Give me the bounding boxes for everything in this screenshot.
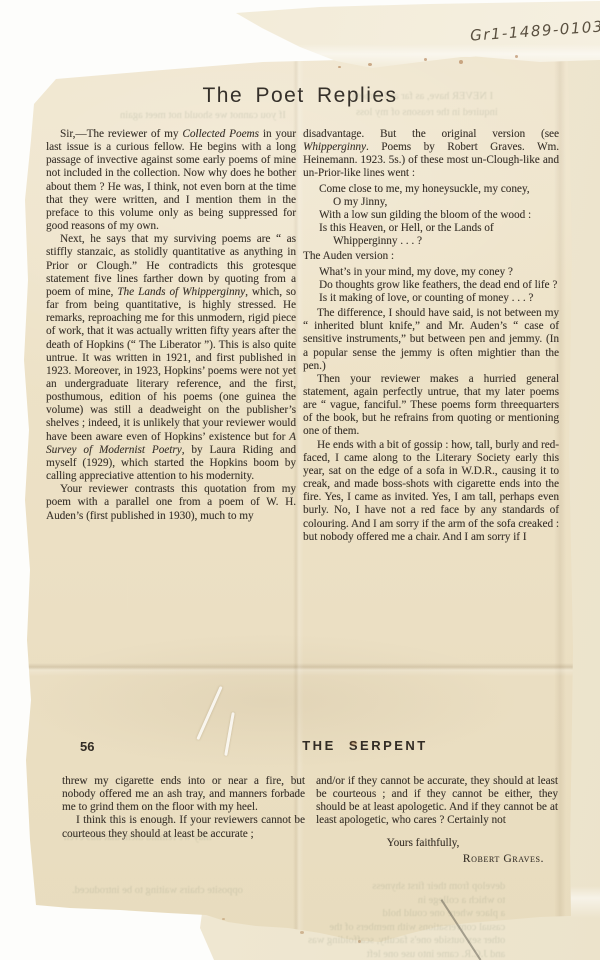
rust-speck [300,931,304,934]
article-title: The Poet Replies [120,84,480,108]
column-right: disadvantage. But the original version (… [303,128,559,544]
poem-line: Is this Heaven, or Hell, or the Lands of… [303,222,559,248]
quoted-poem-original: Come close to me, my honeysuckle, my con… [303,183,559,249]
rust-speck [338,66,341,68]
paragraph: Then your reviewer makes a hurried gener… [303,373,559,439]
rust-speck [424,58,427,61]
quoted-poem-auden: What’s in your mind, my dove, my coney ?… [303,266,559,305]
scanned-clipping-page: Gr1-1489-0103 The Poet Replies Sir,—The … [0,0,600,960]
running-head: THE SERPENT [230,738,500,753]
poem-line: Come close to me, my honeysuckle, my con… [303,183,559,196]
paragraph: disadvantage. But the original version (… [303,128,559,181]
clipping-content: The Poet Replies Sir,—The reviewer of my… [0,0,600,960]
valediction: Yours faithfully, [316,837,558,850]
paragraph: threw my cigarette ends into or near a f… [62,775,305,814]
rust-speck [515,55,518,58]
bottom-column-left: threw my cigarette ends into or near a f… [62,775,305,841]
stain-spot [350,741,357,746]
bottom-column-right: and/or if they cannot be accurate, they … [316,775,558,865]
poem-line: What’s in your mind, my dove, my coney ? [303,266,559,279]
paragraph: The difference, I should have said, is n… [303,307,559,373]
paragraph: Sir,—The reviewer of my Collected Poems … [46,128,296,233]
paragraph: and/or if they cannot be accurate, they … [316,775,558,828]
paragraph: Your reviewer contrasts this quotation f… [46,483,296,522]
paragraph: Next, he says that my surviving poems ar… [46,233,296,483]
poem-line: O my Jinny, [303,196,559,209]
auden-version-label: The Auden version : [303,250,559,263]
column-left: Sir,—The reviewer of my Collected Poems … [46,128,296,523]
poem-line: Do thoughts grow like feathers, the dead… [303,279,559,292]
rust-speck [222,918,225,920]
rust-speck [459,60,463,64]
rust-speck [358,940,361,943]
rust-speck [368,63,372,66]
signature: Robert Graves. [316,852,558,865]
poem-line: With a low sun gilding the bloom of the … [303,209,559,222]
paragraph: I think this is enough. If your reviewer… [62,814,305,840]
page-number: 56 [80,739,94,754]
paragraph: He ends with a bit of gossip : how, tall… [303,439,559,544]
poem-line: Is it making of love, or counting of mon… [303,292,559,305]
